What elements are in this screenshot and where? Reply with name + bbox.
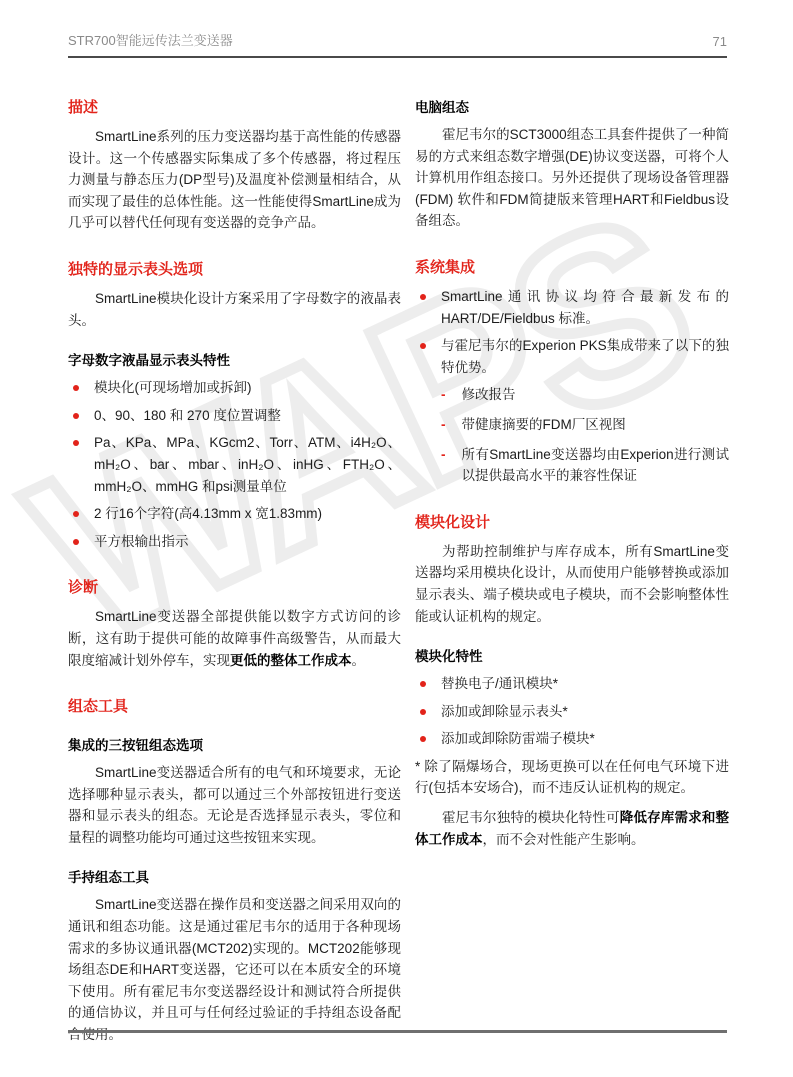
section-heading-description: 描述	[68, 96, 401, 117]
list-item: 替换电子/通讯模块*	[415, 673, 729, 695]
bullet-dot-icon	[420, 709, 426, 715]
list-item: Pa、KPa、MPa、KGcm2、Torr、ATM、i4H₂O、mH₂O、bar…	[68, 432, 401, 497]
list-item: 平方根输出指示	[68, 531, 401, 553]
page-number: 71	[713, 34, 727, 49]
left-column: 描述 SmartLine系列的压力变送器均基于高性能的传感器设计。这一个传感器实…	[68, 88, 401, 1054]
list-item-text: 替换电子/通讯模块*	[441, 673, 729, 695]
page-header: STR700智能远传法兰变送器 71	[68, 30, 727, 58]
list-item: 与霍尼韦尔的Experion PKS集成带来了以下的独特优势。	[415, 335, 729, 378]
list-item: 模块化(可现场增加或拆卸)	[68, 377, 401, 399]
modular-footnote: * 除了隔爆场合，现场更换可以在任何电气环境下进行(包括本安场合)，而不违反认证…	[415, 756, 729, 799]
diagnostics-paragraph: SmartLine变送器全部提供能以数字方式访问的诊断，这有助于提供可能的故障事…	[68, 606, 401, 671]
subheading-three-button-config: 集成的三按钮组态选项	[68, 734, 401, 754]
section-heading-config-tools: 组态工具	[68, 695, 401, 716]
bullet-dot-icon	[420, 294, 426, 300]
list-item-text: SmartLine通讯协议均符合最新发布的 HART/DE/Fieldbus 标…	[441, 286, 729, 329]
list-item: SmartLine通讯协议均符合最新发布的 HART/DE/Fieldbus 标…	[415, 286, 729, 329]
content-columns: 描述 SmartLine系列的压力变送器均基于高性能的传感器设计。这一个传感器实…	[68, 88, 729, 1054]
list-item-text: 与霍尼韦尔的Experion PKS集成带来了以下的独特优势。	[441, 335, 729, 378]
paragraph-text: ，而不会对性能产生影响。	[483, 832, 645, 847]
list-item-text: 添加或卸除显示表头*	[441, 701, 729, 723]
system-integration-list: SmartLine通讯协议均符合最新发布的 HART/DE/Fieldbus 标…	[415, 286, 729, 378]
paragraph-bold-text: 更低的整体工作成本	[230, 653, 352, 668]
sub-list-item: - 修改报告	[435, 384, 729, 406]
section-heading-modular-design: 模块化设计	[415, 511, 729, 532]
right-column: 电脑组态 霍尼韦尔的SCT3000组态工具套件提供了一种简易的方式来组态数字增强…	[415, 88, 729, 1054]
list-item-text: Pa、KPa、MPa、KGcm2、Torr、ATM、i4H₂O、mH₂O、bar…	[94, 432, 401, 497]
bullet-dot-icon	[73, 440, 79, 446]
bullet-dot-icon	[420, 736, 426, 742]
system-integration-sublist: - 修改报告 - 带健康摘要的FDM厂区视图 - 所有SmartLine变送器均…	[435, 384, 729, 486]
footer-rule	[68, 1030, 727, 1033]
list-item-text: 2 行16个字符(高4.13mm x 宽1.83mm)	[94, 503, 401, 525]
paragraph-text: 。	[352, 653, 366, 668]
list-item-text: 模块化(可现场增加或拆卸)	[94, 377, 401, 399]
subheading-lcd-features: 字母数字液晶显示表头特性	[68, 349, 401, 369]
modular-features-list: 替换电子/通讯模块* 添加或卸除显示表头* 添加或卸除防雷端子模块*	[415, 673, 729, 750]
three-button-config-paragraph: SmartLine变送器适合所有的电气和环境要求，无论选择哪种显示表头，都可以通…	[68, 762, 401, 848]
subheading-handheld-tools: 手持组态工具	[68, 866, 401, 886]
paragraph-text: 霍尼韦尔独特的模块化特性可	[442, 810, 620, 825]
handheld-tools-paragraph: SmartLine变送器在操作员和变送器之间采用双向的通讯和组态功能。这是通过霍…	[68, 894, 401, 1045]
subheading-pc-config: 电脑组态	[415, 96, 729, 116]
dash-bullet-icon: -	[441, 414, 446, 436]
sub-list-item-text: 带健康摘要的FDM厂区视图	[462, 414, 730, 436]
bullet-dot-icon	[73, 385, 79, 391]
list-item-text: 平方根输出指示	[94, 531, 401, 553]
bullet-dot-icon	[73, 413, 79, 419]
display-options-paragraph: SmartLine模块化设计方案采用了字母数字的液晶表头。	[68, 288, 401, 331]
list-item: 2 行16个字符(高4.13mm x 宽1.83mm)	[68, 503, 401, 525]
list-item: 添加或卸除防雷端子模块*	[415, 728, 729, 750]
list-item-text: 0、90、180 和 270 度位置调整	[94, 405, 401, 427]
sub-list-item-text: 所有SmartLine变送器均由Experion进行测试以提供最高水平的兼容性保…	[462, 444, 730, 487]
subheading-modular-features: 模块化特性	[415, 645, 729, 665]
dash-bullet-icon: -	[441, 384, 446, 406]
list-item: 添加或卸除显示表头*	[415, 701, 729, 723]
section-heading-system-integration: 系统集成	[415, 256, 729, 277]
sub-list-item-text: 修改报告	[462, 384, 730, 406]
dash-bullet-icon: -	[441, 444, 446, 466]
list-item: 0、90、180 和 270 度位置调整	[68, 405, 401, 427]
header-rule	[68, 56, 727, 58]
lcd-features-list: 模块化(可现场增加或拆卸) 0、90、180 和 270 度位置调整 Pa、KP…	[68, 377, 401, 552]
description-paragraph: SmartLine系列的压力变送器均基于高性能的传感器设计。这一个传感器实际集成…	[68, 126, 401, 234]
list-item-text: 添加或卸除防雷端子模块*	[441, 728, 729, 750]
document-page: WAPS STR700智能远传法兰变送器 71 描述 SmartLine系列的压…	[0, 0, 793, 1077]
modular-design-paragraph: 为帮助控制维护与库存成本，所有SmartLine变送器均采用模块化设计，从而使用…	[415, 541, 729, 627]
bullet-dot-icon	[73, 511, 79, 517]
header-title: STR700智能远传法兰变送器	[68, 30, 233, 49]
bullet-dot-icon	[420, 681, 426, 687]
bullet-dot-icon	[420, 343, 426, 349]
section-heading-diagnostics: 诊断	[68, 576, 401, 597]
sub-list-item: - 所有SmartLine变送器均由Experion进行测试以提供最高水平的兼容…	[435, 444, 729, 487]
bullet-dot-icon	[73, 539, 79, 545]
section-heading-display-options: 独特的显示表头选项	[68, 258, 401, 279]
sub-list-item: - 带健康摘要的FDM厂区视图	[435, 414, 729, 436]
pc-config-paragraph: 霍尼韦尔的SCT3000组态工具套件提供了一种简易的方式来组态数字增强(DE)协…	[415, 124, 729, 232]
modular-closing-paragraph: 霍尼韦尔独特的模块化特性可降低存库需求和整体工作成本，而不会对性能产生影响。	[415, 807, 729, 850]
